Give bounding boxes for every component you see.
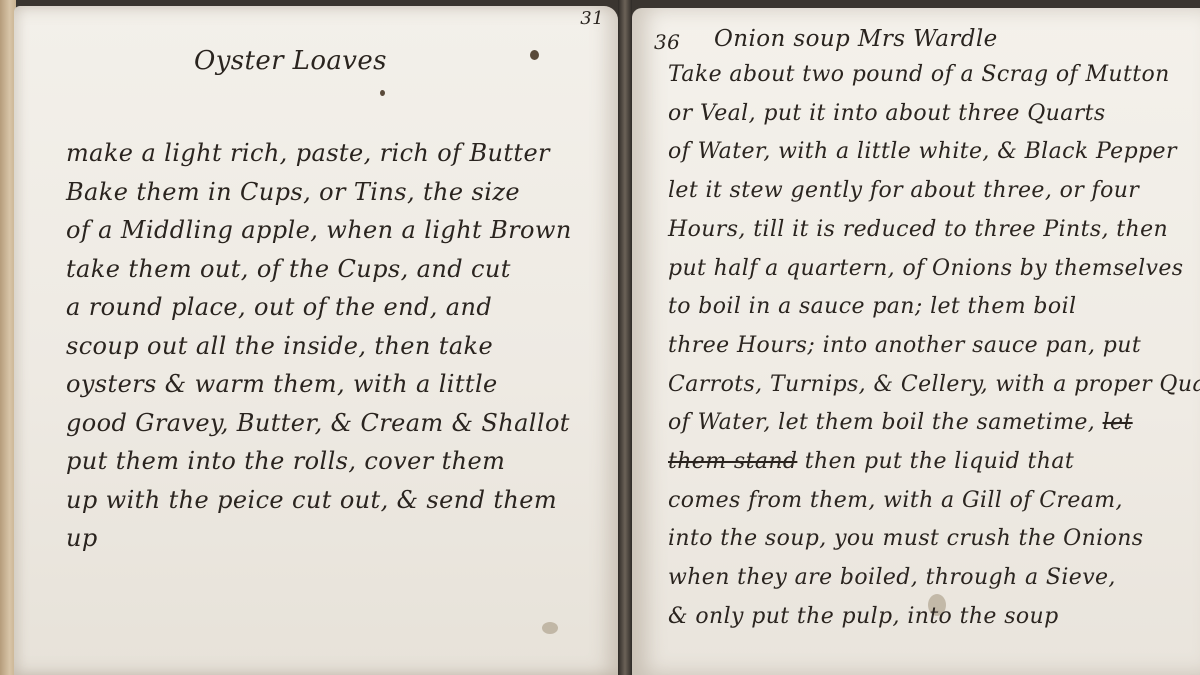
text-line: Bake them in Cups, or Tins, the size bbox=[66, 173, 618, 212]
recipe-title-onion-soup: Onion soup Mrs Wardle bbox=[714, 26, 998, 52]
ink-blot bbox=[530, 50, 539, 60]
struck-out-words: them stand bbox=[668, 449, 797, 474]
text-line: scoup out all the inside, then take bbox=[66, 327, 618, 366]
text-line: Take about two pound of a Scrag of Mutto… bbox=[668, 56, 1200, 95]
oyster-loaves-text: make a light rich, paste, rich of Butter… bbox=[66, 134, 618, 558]
text-line: three Hours; into another sauce pan, put bbox=[668, 327, 1200, 366]
text-line: make a light rich, paste, rich of Butter bbox=[66, 134, 618, 173]
text-line: & only put the pulp, into the soup bbox=[668, 598, 1200, 637]
text-line: up with the peice cut out, & send them bbox=[66, 481, 618, 520]
right-page-number: 36 bbox=[654, 30, 680, 54]
text-line: Carrots, Turnips, & Cellery, with a prop… bbox=[668, 366, 1200, 405]
text-line: of a Middling apple, when a light Brown bbox=[66, 211, 618, 250]
line-text: then put the liquid that bbox=[797, 449, 1074, 474]
right-page: 36 Onion soup Mrs Wardle Take about two … bbox=[632, 8, 1200, 675]
text-line: or Veal, put it into about three Quarts bbox=[668, 95, 1200, 134]
text-line: up bbox=[66, 519, 618, 558]
book-gutter bbox=[618, 0, 632, 675]
text-line: put them into the rolls, cover them bbox=[66, 442, 618, 481]
left-page: 31 Oyster Loaves make a light rich, past… bbox=[14, 6, 618, 675]
ink-dot bbox=[380, 90, 385, 96]
text-line: them stand then put the liquid that bbox=[668, 443, 1200, 482]
line-text: of Water, let them boil the sametime, bbox=[668, 410, 1095, 435]
text-line: a round place, out of the end, and bbox=[66, 288, 618, 327]
onion-soup-text: Take about two pound of a Scrag of Mutto… bbox=[668, 56, 1200, 637]
text-line: take them out, of the Cups, and cut bbox=[66, 250, 618, 289]
text-line: oysters & warm them, with a little bbox=[66, 365, 618, 404]
paper-stain bbox=[542, 622, 558, 634]
struck-out-word: let bbox=[1103, 410, 1133, 435]
text-line: let it stew gently for about three, or f… bbox=[668, 172, 1200, 211]
text-line: into the soup, you must crush the Onions bbox=[668, 520, 1200, 559]
text-line: to boil in a sauce pan; let them boil bbox=[668, 288, 1200, 327]
recipe-title-oyster-loaves: Oyster Loaves bbox=[194, 46, 387, 76]
text-line: Hours, till it is reduced to three Pints… bbox=[668, 211, 1200, 250]
text-line: put half a quartern, of Onions by themse… bbox=[668, 250, 1200, 289]
text-line: when they are boiled, through a Sieve, bbox=[668, 559, 1200, 598]
text-line: good Gravey, Butter, & Cream & Shallot bbox=[66, 404, 618, 443]
text-line: of Water, let them boil the sametime, le… bbox=[668, 404, 1200, 443]
text-line: of Water, with a little white, & Black P… bbox=[668, 133, 1200, 172]
text-line: comes from them, with a Gill of Cream, bbox=[668, 482, 1200, 521]
left-page-number: 31 bbox=[580, 8, 604, 29]
manuscript-spread: 31 Oyster Loaves make a light rich, past… bbox=[0, 0, 1200, 675]
